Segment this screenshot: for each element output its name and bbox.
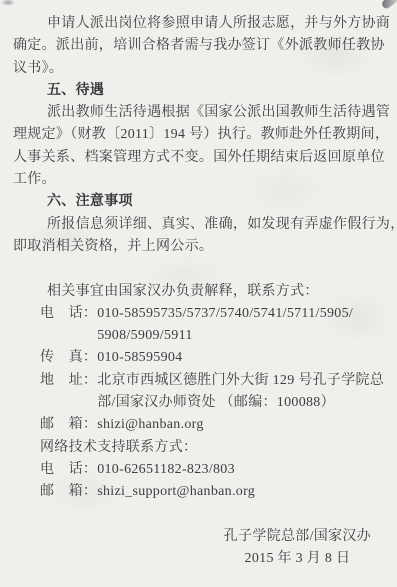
paragraph-dispatch-position: 申请人派出岗位将参照申请人所报志愿，并与外方协商 确定。派出前，培训合格者需与我…: [13, 13, 389, 80]
tech-email-label: 邮 箱：: [40, 481, 97, 503]
blank-line: [13, 258, 389, 280]
phone-numbers: 010-58595735/5737/5740/5741/5711/5905/ 5…: [97, 303, 353, 348]
signature-date: 2015 年 3 月 8 日: [224, 548, 371, 570]
paragraph-treatment-policy: 派出教师生活待遇根据《国家公派出国教师生活待遇管 理规定》（财教〔2011〕19…: [13, 102, 389, 191]
contact-row-phone: 电 话： 010-58595735/5737/5740/5741/5711/59…: [13, 303, 389, 348]
tech-phone-label: 电 话：: [40, 459, 97, 481]
heading-section-6-notes: 六、注意事项: [13, 191, 389, 213]
blank-line: [13, 504, 389, 526]
email-address: shizi@hanban.org: [97, 414, 203, 436]
contact-row-address: 地 址： 北京市西城区德胜门外大街 129 号孔子学院总 部/国家汉办师资处 （…: [13, 370, 389, 415]
tech-support-intro-line: 网络技术支持联系方式：: [13, 437, 389, 459]
scan-smudge-top-left-icon: [1, 0, 15, 6]
contact-row-fax: 传 真： 010-58595904: [13, 347, 389, 369]
fax-label: 传 真：: [40, 347, 97, 369]
signature-block: 孔子学院总部/国家汉办 2015 年 3 月 8 日: [13, 526, 389, 571]
address-label: 地 址：: [40, 370, 97, 392]
heading-section-5-treatment: 五、待遇: [13, 80, 389, 102]
address-text: 北京市西城区德胜门外大街 129 号孔子学院总 部/国家汉办师资处 （邮编：10…: [97, 370, 384, 415]
signature-organization: 孔子学院总部/国家汉办: [224, 526, 371, 548]
document-body: 申请人派出岗位将参照申请人所报志愿，并与外方协商 确定。派出前，培训合格者需与我…: [13, 13, 389, 570]
phone-label: 电 话：: [40, 303, 97, 325]
tech-email-address: shizi_support@hanban.org: [97, 481, 255, 503]
tech-contact-row-email: 邮 箱： shizi_support@hanban.org: [13, 481, 389, 503]
scan-smudge-top-right-icon: [380, 0, 397, 10]
tech-contact-row-phone: 电 话： 010-62651182-823/803: [13, 459, 389, 481]
scanned-document-page: 申请人派出岗位将参照申请人所报志愿，并与外方协商 确定。派出前，培训合格者需与我…: [0, 0, 397, 587]
contact-intro-line: 相关事宜由国家汉办负责解释，联系方式：: [13, 281, 389, 303]
email-label: 邮 箱：: [40, 414, 97, 436]
tech-phone-number: 010-62651182-823/803: [97, 459, 235, 481]
contact-row-email: 邮 箱： shizi@hanban.org: [13, 414, 389, 436]
signature-inner: 孔子学院总部/国家汉办 2015 年 3 月 8 日: [224, 526, 371, 571]
fax-number: 010-58595904: [97, 347, 182, 369]
paragraph-notice: 所报信息须详细、真实、准确，如发现有弄虚作假行为， 即取消相关资格，并上网公示。: [13, 214, 389, 259]
